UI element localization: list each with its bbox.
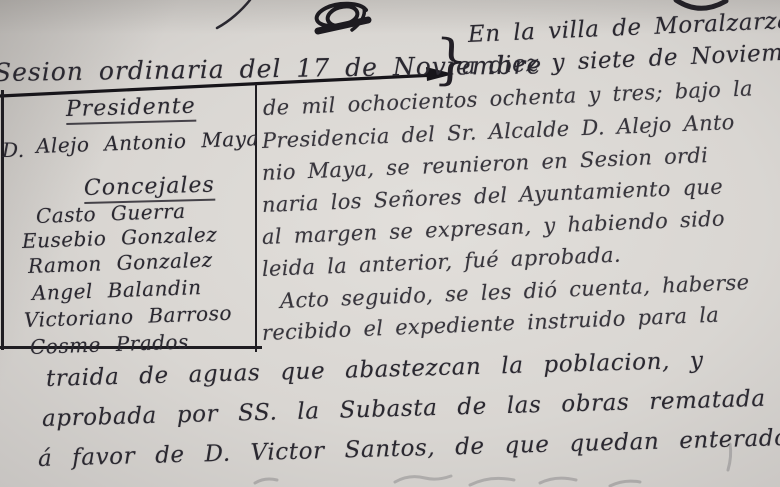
councilor-name: Ramon Gonzalez — [28, 248, 214, 278]
rubric-flourish — [317, 4, 368, 31]
councilor-name: Cosme Prados — [30, 329, 190, 359]
footer-text-line: aprobada por SS. la Subasta de las obras… — [42, 386, 766, 432]
margin-box-right-border — [255, 84, 257, 352]
councilor-name: Victoriano Barroso — [24, 301, 233, 332]
margin-box-left-border — [1, 90, 4, 350]
pen-stroke-topleft — [217, 0, 250, 28]
manuscript-page: Sesion ordinaria del 17 de Noviembre } E… — [0, 0, 780, 487]
president-name: Alejo Antonio Maya — [36, 126, 260, 158]
councilor-name: Angel Balandin — [32, 275, 202, 305]
president-prefix: D. — [2, 138, 25, 162]
body-text-line: leida la anterior, fué aprobada. — [262, 243, 622, 281]
page-edge-mark — [676, 0, 726, 8]
footer-text-line: á favor de D. Victor Santos, de que qued… — [38, 425, 780, 472]
president-title: Presidente — [66, 94, 196, 125]
